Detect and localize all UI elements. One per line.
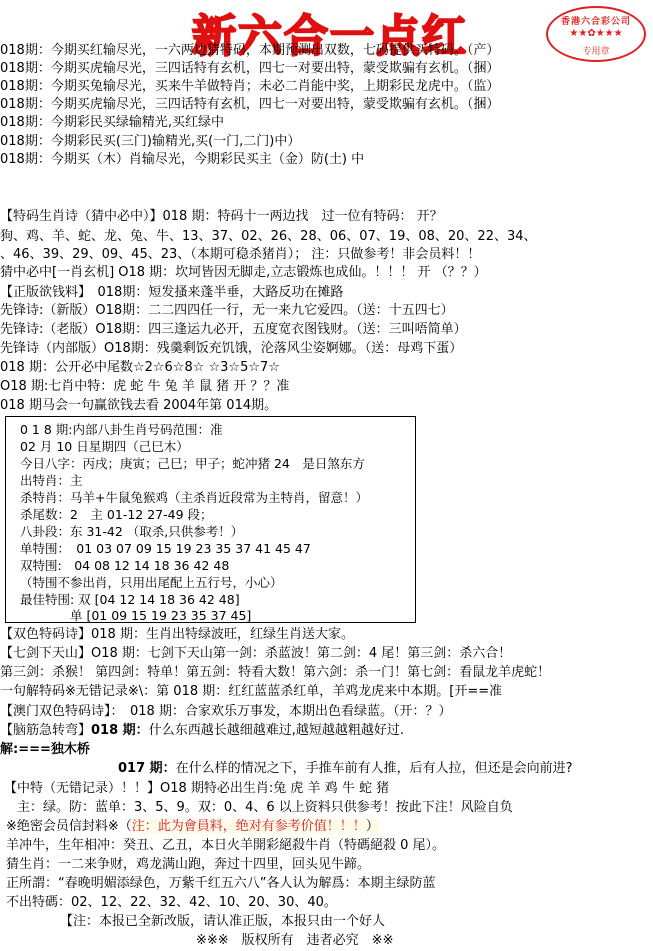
text-line: 018期：今期买虎输尽光，三四话特有玄机，四七一对要出特，蒙受欺骗有玄机。（捆） <box>0 96 499 113</box>
riddle-label: 【脑筋急转弯】 <box>0 723 91 738</box>
text-line: 猜中必中[一肖玄机] O18 期：坎坷皆因无脚走,立志锻炼也成仙。！！！ 开 （… <box>0 264 487 281</box>
box-line: 单 [01 09 15 19 23 35 37 45] <box>20 607 251 624</box>
box-line: 0 1 8 期:内部八卦生肖号码范围：准 <box>20 421 223 438</box>
text-line: 【正版欲钱料】 018期：短发搔来蓬半垂，大路反功在摊路 <box>0 284 343 301</box>
text-line: 018 期：公开必中尾数☆2☆6☆8☆ ☆3☆5☆7☆ <box>0 359 280 376</box>
text-line: 018期：今期彩民买(三门)输精光,买(一门,二门)中） <box>0 133 300 150</box>
number-list: 狗、鸡、羊、蛇、龙、兔、牛、13、37、02、26、28、06、07、19、08… <box>0 228 537 245</box>
text-line: 【双色特码诗】018 期：生肖出特绿波旺，红绿生肖送大家。 <box>0 626 354 643</box>
box-line: 八卦段：东 31-42 （取杀,只供参考！） <box>20 523 243 540</box>
text-line: O18 期:七肖中特：虎 蛇 牛 兔 羊 鼠 猪 开 ？？准 <box>0 378 289 395</box>
number-list-cont: 、46、39、29、09、45、23、（本期可稳杀猪肖）； 注：只做参考！非会员… <box>0 246 480 263</box>
riddle-answer: 解:===独木桥 <box>0 741 90 758</box>
text-line: 不出特碼：02、12、22、32、42、10、20、30、40。 <box>6 894 337 911</box>
text-line: 【澳门双色特码诗】： 018 期：合家欢乐万事发，本期出色看绿蓝。（开：？） <box>0 703 451 720</box>
riddle-line: 【脑筋急转弯】018 期：什么东西越长越细越难过,越短越越粗越好过. <box>0 722 404 739</box>
text-line: 先锋诗:（老版）O18期：四三逢运九必开，五度宽衣图钱财。（送：三叫唔简单） <box>0 321 467 338</box>
text-line: 一句解特码※无错记录※\：第 018 期：红红蓝蓝杀红单，羊鸡龙虎来中本期。[开… <box>0 683 502 700</box>
text-line: 正所謂：“春晚明媚添绿色，万紫千红五六八”各人认为解爲：本期主绿防蓝 <box>6 875 435 892</box>
riddle-issue: 018 期： <box>91 723 149 738</box>
seal-label: 专用章 <box>548 44 644 57</box>
box-line: 杀特肖：马羊+牛鼠兔猴鸡（主杀肖近段常为主特肖，留意！） <box>20 489 368 506</box>
box-line: 单特围： 01 03 07 09 15 19 23 35 37 41 45 47 <box>20 540 311 557</box>
poem-heading: 【特码生肖诗（猜中必中）】018 期：特码十一两边找 过一位有特码： 开？ <box>0 208 443 225</box>
box-line: 今日八字：丙戌；庚寅；己巳；甲子；蛇冲猪 24 是日煞东方 <box>20 455 365 472</box>
footer-notice: 【注：本报已全新改版，请认准正版，本报只由一个好人 <box>60 913 385 930</box>
text-line: 【中特（无错记录）！！】O18 期特必出生肖:兔 虎 羊 鸡 牛 蛇 猪 <box>4 780 389 797</box>
member-note: 注：此为會員料，绝对有参考价值！！！ <box>132 819 366 834</box>
text-line: 主：绿。防：蓝单：3、5、9。双：0、4、6 以上资料只供参考！按此下注！风险自… <box>4 799 513 816</box>
member-suffix: ） <box>366 819 379 834</box>
seal-company: 香港六合彩公司 <box>548 14 644 27</box>
text-line: 018期：今期买（木）肖输尽光，今期彩民买主（金）防(土) 中 <box>0 151 364 168</box>
box-line: 最佳特围: 双 [04 12 14 18 36 42 48] <box>20 591 240 608</box>
prev-riddle-issue: 017 期： <box>118 761 176 776</box>
box-line: 出特肖：主 <box>20 472 83 489</box>
text-line: 018期：今期买红输尽光，一六两边猜特码，本期预测出双数，七码提供买特码。（产） <box>0 42 499 59</box>
text-line: 猜生肖：一二来争财，鸡龙满山跑，奔过十四里，回头见牛蹄。 <box>6 856 370 873</box>
seal-stars-icon: ★★✿★★★ <box>548 28 644 39</box>
footer-copyright: ※※※ 版权所有 违者必究 ※※ <box>196 932 393 949</box>
bagua-box: 0 1 8 期:内部八卦生肖号码范围：准 02 月 10 日星期四（己巳木） 今… <box>5 416 416 623</box>
text-line: 018期：今期买虎输尽光，三四话特有玄机，四七一对要出特，蒙受欺骗有玄机。（捆） <box>0 60 499 77</box>
text-line: 018期：今期彩民买绿输精光,买红绿中 <box>0 114 224 131</box>
company-seal: 香港六合彩公司 ★★✿★★★ 专用章 <box>546 6 646 62</box>
box-line: 杀尾数：2 主 01-12 27-49 段； <box>20 506 213 523</box>
box-line: 02 月 10 日星期四（己巳木） <box>20 438 189 455</box>
box-line: （特围不参出肖，只用出尾配上五行号，小心） <box>20 574 283 591</box>
member-line: ※绝密会员信封料※（注：此为會員料，绝对有参考价值！！！） <box>6 818 379 835</box>
riddle-question: 什么东西越长越细越难过,越短越越粗越好过. <box>149 723 404 738</box>
text-line: 羊冲牛，生年相冲：癸丑、乙丑，本日火羊開彩絕殺牛肖（特碼絕殺 0 尾）。 <box>6 837 445 854</box>
text-line: 先锋诗（内部版）O18期：残羹剩饭充饥饿，沦落风尘姿婀娜。（送：母鸡下蛋） <box>0 340 462 357</box>
member-prefix: ※绝密会员信封料※（ <box>6 819 132 834</box>
text-line: 018期：今期买兔输尽光，买来牛羊做特肖；未必二肖能中奖，上期彩民龙虎中。（监） <box>0 78 499 95</box>
prev-riddle-line: 017 期：在什么样的情况之下，手推车前有人推，后有人拉，但还是会向前进? <box>118 760 573 777</box>
text-line: 先锋诗:（新版）O18期：二二四四任一行，无一来九它爱四。（送：十五四七） <box>0 302 454 319</box>
box-line: 双特围: 04 08 12 14 18 36 42 48 <box>20 557 229 574</box>
prev-riddle-question: 在什么样的情况之下，手推车前有人推，后有人拉，但还是会向前进? <box>176 761 573 776</box>
text-line: 第三剑：杀猴！ 第四剑：特单！第五剑：特看大数！第六剑：杀一门！第七剑：看鼠龙羊… <box>0 664 550 681</box>
text-line: 018 期马会一句赢欲钱去看 2004年第 014期。 <box>0 397 277 414</box>
text-line: 【七剑下天山】O18 期：七剑下天山第一剑：杀蓝波！第二剑：4 尾！第三剑：杀六… <box>0 645 511 662</box>
